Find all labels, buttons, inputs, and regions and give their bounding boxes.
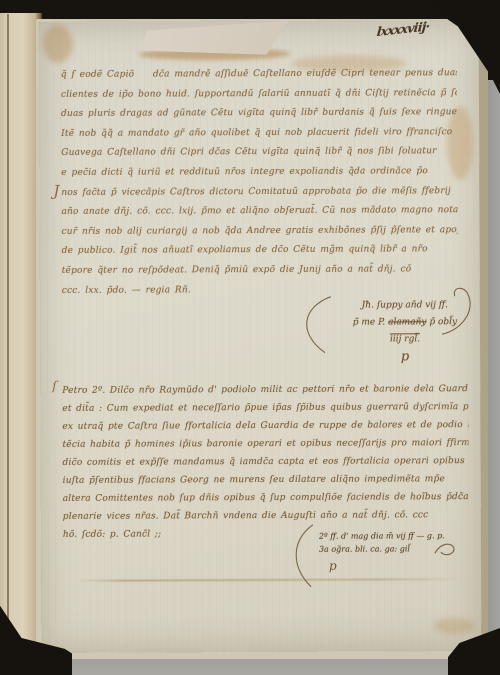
struck-word: alamañy [388, 317, 426, 327]
subscription-text: p̃ obl̃y [426, 317, 457, 327]
manuscript-photo: lxxxxviij· J q̃ ſ eodẽ Capiõ dc̃a mandrẽ… [0, 0, 500, 675]
subscription-text: p̃ me P. [353, 317, 388, 327]
stain [433, 618, 475, 634]
manuscript-page: lxxxxviij· J q̃ ſ eodẽ Capiõ dc̃a mandrẽ… [39, 20, 482, 653]
paraph-mark: p [329, 559, 337, 573]
paraph-mark: p [340, 348, 470, 366]
manuscript-line: año anate dñj. cõ. ccc. lxij. p̃mo et al… [61, 201, 457, 222]
chancery-note-block: 2º ff. d' mag dia m̃ vij ff — g. p. 3a o… [319, 529, 469, 556]
entry-block-2: Petro 2º. Dilc̃o nr̃o Raymũdo d' podiolo… [62, 380, 469, 544]
manuscript-line: nos fac̃ta p̃ vicecãpis Caſtros dictoru … [61, 182, 457, 203]
subscription-line: iiij rgl̃. [340, 331, 470, 349]
manuscript-line: cur̃ nr̃is nob alij curiargij a nob q̃da… [62, 221, 458, 242]
stain [43, 25, 73, 63]
subscription-line: Jħ. ſuppy añd vij ff. [340, 297, 470, 315]
manuscript-line: clientes de ip̃o bono huid. ſupportandũ … [61, 84, 457, 105]
manuscript-line: tẽcia habita p̃ homines ip̃ius baronie o… [62, 434, 468, 454]
manuscript-line: altera Comittentes nob ſup dñis opibus q… [63, 488, 469, 508]
manuscript-line: q̃ ſ eodẽ Capiõ dc̃a mandrẽ aſſiduẽ Caſt… [61, 64, 457, 85]
manuscript-line: de publico. Igit̃ nos añuatĩ expoliamus … [62, 240, 458, 261]
manuscript-line: dic̃o comitis et exp̃ſſe mandamus q̃ iam… [63, 452, 469, 472]
manuscript-line: duas pluris dragas ad gũnate Cẽtu vigĩta… [61, 103, 457, 124]
manuscript-line: tẽpore q̃ter no reſpõdeat. Deniq̃ p̃miũ … [62, 260, 458, 281]
manuscript-line: ex utraq̃ pte Caſtra ſiue ffortalicia de… [62, 416, 468, 436]
crease-line [77, 578, 463, 582]
margin-mark: ſ [52, 379, 57, 393]
manuscript-line: Petro 2º. Dilc̃o nr̃o Raymũdo d' podiolo… [62, 380, 468, 400]
manuscript-line: plenarie vices nr̃as. Dat̃ Barchñ vndena… [63, 506, 469, 526]
margin-mark: J [53, 182, 59, 200]
manuscript-line: et dit̃a : Cum expediat et neceſſario p̃… [62, 398, 468, 418]
note-line: 2º ff. d' mag dia m̃ vij ff — g. p. [319, 529, 469, 543]
manuscript-line: Guavega Caſtellano dñi Cipri dc̃as Cẽtu … [61, 143, 457, 164]
pen-flourish-bracket-icon [289, 523, 317, 589]
subscription-block: Jħ. ſuppy añd vij ff. p̃ me P. alamañy p… [340, 297, 470, 366]
subscription-line: p̃ me P. alamañy p̃ obl̃y [340, 314, 470, 332]
manuscript-line: Itẽ nob q̃q̃ a mandato gr̃ año quolibet … [61, 123, 457, 144]
cover-edge-line [7, 14, 9, 654]
manuscript-line: e pec̃ia dicti q̃ iuriũ et reddituũ nr̃o… [61, 162, 457, 183]
manuscript-line: iuſta p̃ſentibus ffacians Georg ne muren… [63, 470, 469, 490]
note-line: 3a og̃ra. bli. ca. ga: gil̃ [319, 542, 469, 556]
entry-block-1: q̃ ſ eodẽ Capiõ dc̃a mandrẽ aſſiduẽ Caſt… [61, 64, 458, 301]
pen-flourish-bracket-icon [295, 293, 337, 357]
